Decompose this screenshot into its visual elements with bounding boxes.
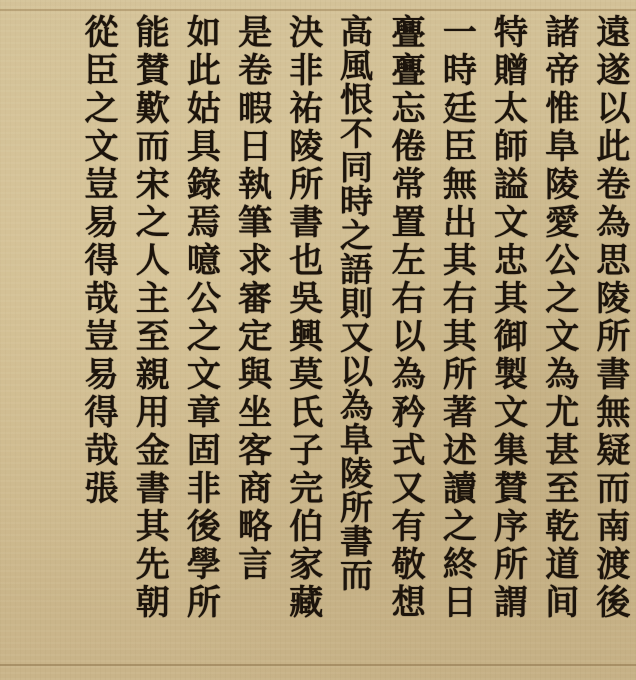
- top-border-line: [0, 9, 636, 11]
- column-7: 決非祐陵所書也吳興莫氏子完伯家藏: [281, 14, 325, 664]
- column-4: 一時廷臣無出其右其所著述讀之終日: [434, 14, 478, 664]
- column-10: 能賛歎而宋之人主至親用金書其先朝: [127, 14, 171, 664]
- bottom-border-line: [0, 664, 636, 666]
- column-8: 是卷暇日執筆求審定與坐客商略言: [230, 14, 274, 664]
- text-columns: 遠遂以此卷為思陵所書無疑而南渡後 諸帝惟阜陵愛公之文為尤甚至乾道间 特贈太師謚文…: [76, 14, 632, 664]
- column-5: 亹亹忘倦常置左右以為矜式又有敬想: [383, 14, 427, 664]
- column-2: 諸帝惟阜陵愛公之文為尤甚至乾道间: [537, 14, 581, 664]
- column-11: 從臣之文豈易得哉豈易得哉張𤩶: [76, 14, 120, 664]
- calligraphy-scroll: 遠遂以此卷為思陵所書無疑而南渡後 諸帝惟阜陵愛公之文為尤甚至乾道间 特贈太師謚文…: [0, 0, 636, 680]
- column-3: 特贈太師謚文忠其御製文集賛序所謂: [486, 14, 530, 664]
- column-6: 高風恨不同時之語則又以為阜陵所書而: [332, 14, 376, 664]
- column-9: 如此姑具錄焉噫公之文章固非後學所: [178, 14, 222, 664]
- column-1: 遠遂以此卷為思陵所書無疑而南渡後: [588, 14, 632, 664]
